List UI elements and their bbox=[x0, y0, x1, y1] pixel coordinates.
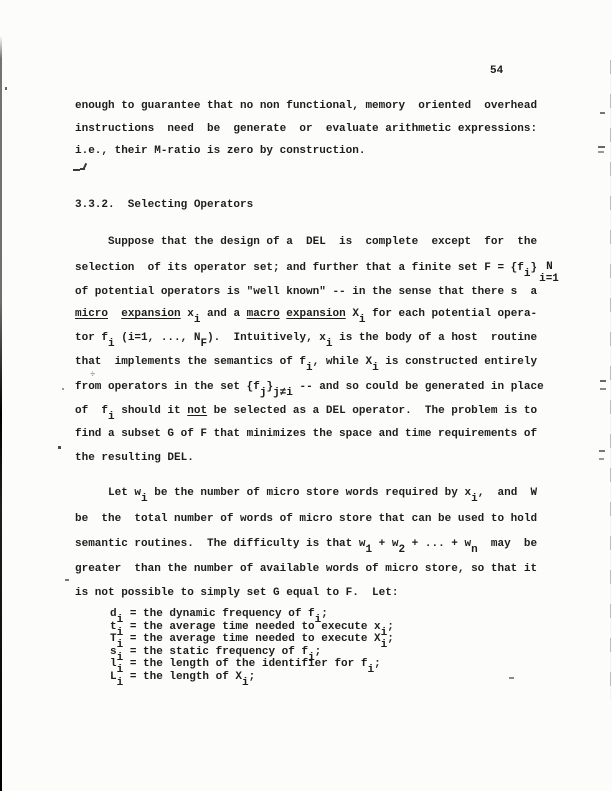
text-line: be the total number of words of micro st… bbox=[75, 514, 537, 525]
subscript: i bbox=[372, 362, 379, 374]
subscript: i bbox=[108, 338, 115, 350]
scan-speck bbox=[58, 446, 61, 449]
text-line: the resulting DEL. bbox=[75, 453, 194, 464]
margin-dash bbox=[599, 458, 604, 460]
text-line: Li = the length of Xi; bbox=[110, 672, 255, 683]
text-line: is not possible to simply set G equal to… bbox=[75, 588, 398, 599]
text-line: tor fi (i=1, ..., NF). Intuitively, xi i… bbox=[75, 333, 537, 344]
text-line: micro expansion xi and a macro expansion… bbox=[75, 309, 537, 320]
underlined-word: micro bbox=[75, 308, 108, 320]
subscript: j≠i bbox=[273, 387, 293, 399]
subscript: i bbox=[108, 411, 115, 423]
text-line: instructions need be generate or evaluat… bbox=[75, 124, 537, 135]
scan-speck bbox=[509, 677, 514, 679]
scan-smudge bbox=[73, 169, 80, 171]
margin-dash bbox=[600, 380, 606, 382]
scan-mark: ÷ bbox=[90, 371, 95, 380]
subscript: i bbox=[141, 493, 148, 505]
underlined-word: expansion bbox=[121, 308, 180, 320]
text-line: that implements the semantics of fi, whi… bbox=[75, 357, 537, 368]
margin-dash bbox=[600, 388, 606, 390]
text-line: si = the static frequency of fi; bbox=[110, 647, 321, 658]
text-line: di = the dynamic frequency of fi; bbox=[110, 609, 328, 620]
subscript: i bbox=[117, 677, 124, 689]
margin-dash bbox=[598, 151, 604, 153]
text-line: find a subset G of F that minimizes the … bbox=[75, 429, 537, 440]
subscript: i bbox=[471, 493, 478, 505]
text-line: 3.3.2. Selecting Operators bbox=[75, 200, 253, 211]
underlined-word: expansion bbox=[286, 308, 345, 320]
subscript: j bbox=[260, 387, 267, 399]
right-edge-line bbox=[610, 60, 611, 700]
subscript: i bbox=[367, 664, 374, 676]
text-line: from operators in the set {fj}j≠i -- and… bbox=[75, 382, 544, 393]
scan-speck bbox=[5, 87, 7, 90]
subscript: i bbox=[359, 314, 366, 326]
subscript: 2 bbox=[398, 544, 405, 556]
subscript: i bbox=[381, 639, 388, 651]
margin-dash bbox=[600, 112, 605, 114]
scan-speck bbox=[65, 579, 69, 581]
text-line: Let wi be the number of micro store word… bbox=[75, 488, 537, 499]
text-line: of fi should it not be selected as a DEL… bbox=[75, 406, 537, 417]
margin-dash bbox=[599, 450, 605, 452]
text-line: Ti = the average time needed to execute … bbox=[110, 634, 394, 645]
subscript: i bbox=[194, 314, 201, 326]
text-line: Suppose that the design of a DEL is comp… bbox=[75, 237, 537, 248]
subscript: i bbox=[524, 268, 531, 280]
scan-speck bbox=[62, 388, 64, 390]
text-line: ti = the average time needed to execute … bbox=[110, 622, 394, 633]
subscript: i bbox=[326, 338, 333, 350]
text-line: enough to guarantee that no non function… bbox=[75, 101, 537, 112]
text-line: selection of its operator set; and furth… bbox=[75, 261, 559, 285]
subscript: F bbox=[200, 338, 207, 350]
subscript: 1 bbox=[365, 544, 372, 556]
text-line: semantic routines. The difficulty is tha… bbox=[75, 539, 537, 550]
text-line: i.e., their M-ratio is zero by construct… bbox=[75, 146, 365, 157]
sup-sub-stack: Ni=1 bbox=[537, 261, 559, 285]
underlined-word: not bbox=[187, 405, 207, 417]
text-line: greater than the number of available wor… bbox=[75, 564, 537, 575]
scan-smudge bbox=[83, 163, 87, 169]
subscript: i bbox=[306, 362, 313, 374]
left-edge-line bbox=[0, 36, 2, 791]
margin-dash bbox=[598, 146, 605, 148]
text-line: of potential operators is "well known" -… bbox=[75, 287, 537, 298]
text-line: li = the length of the identifier for fi… bbox=[110, 659, 381, 670]
underlined-word: macro bbox=[247, 308, 280, 320]
subscript: i bbox=[242, 677, 249, 689]
subscript: n bbox=[471, 544, 478, 556]
page: 54 enough to guarantee that no non funct… bbox=[0, 0, 612, 791]
page-number: 54 bbox=[490, 66, 503, 77]
